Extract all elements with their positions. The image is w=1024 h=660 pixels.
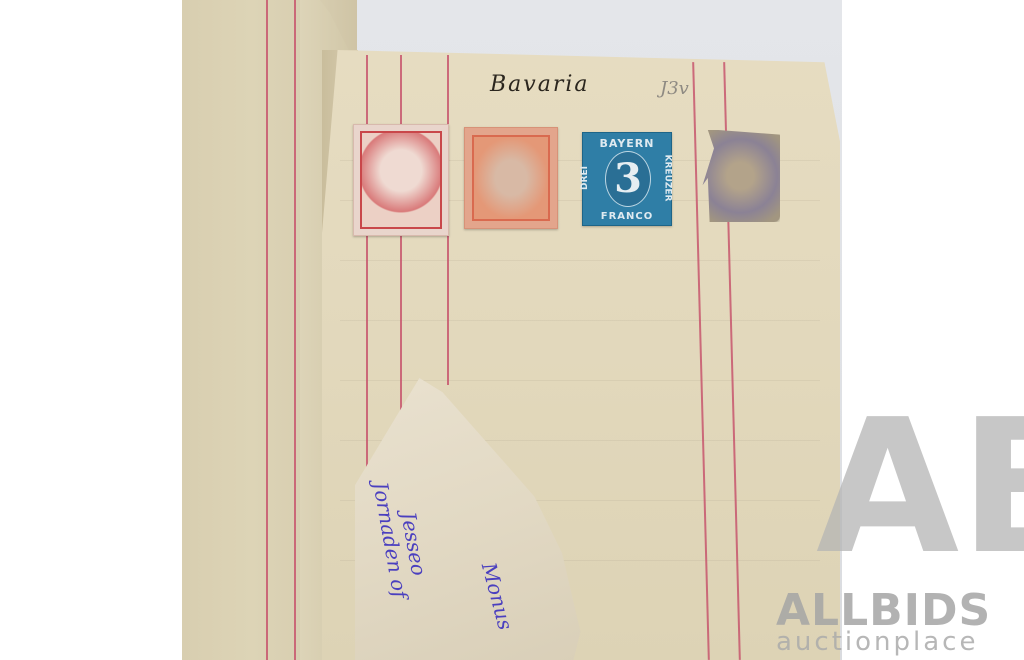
stamp-orange-18-kreuzer [464,127,558,229]
page-heading: Bavaria [490,72,590,97]
photo-scene: Bavaria J3v BAYERN DREI 3 KREUZER FRANCO… [0,0,1024,660]
stamp-left-text: DREI [580,166,590,190]
allbids-watermark: AB ALLBIDS auctionplace [776,395,1024,660]
red-ruling-line [294,0,296,660]
stamp-top-text: BAYERN [583,137,671,150]
stamp-numeral: 3 [605,151,651,207]
stamp-bottom-text: FRANCO [583,211,671,222]
faint-ruling [340,260,820,261]
faint-ruling [340,320,820,321]
pencil-note: J3v [660,78,689,99]
red-ruling-line [266,0,268,660]
stamp-blue-3-kreuzer: BAYERN DREI 3 KREUZER FRANCO [582,132,672,226]
stamp-right-text: KREUZER [663,155,673,202]
allbids-logo-icon: AB [816,395,1024,580]
faint-ruling [340,380,820,381]
watermark-tagline: auctionplace [776,627,978,657]
stamp-red-3-kreuzer [353,124,449,236]
